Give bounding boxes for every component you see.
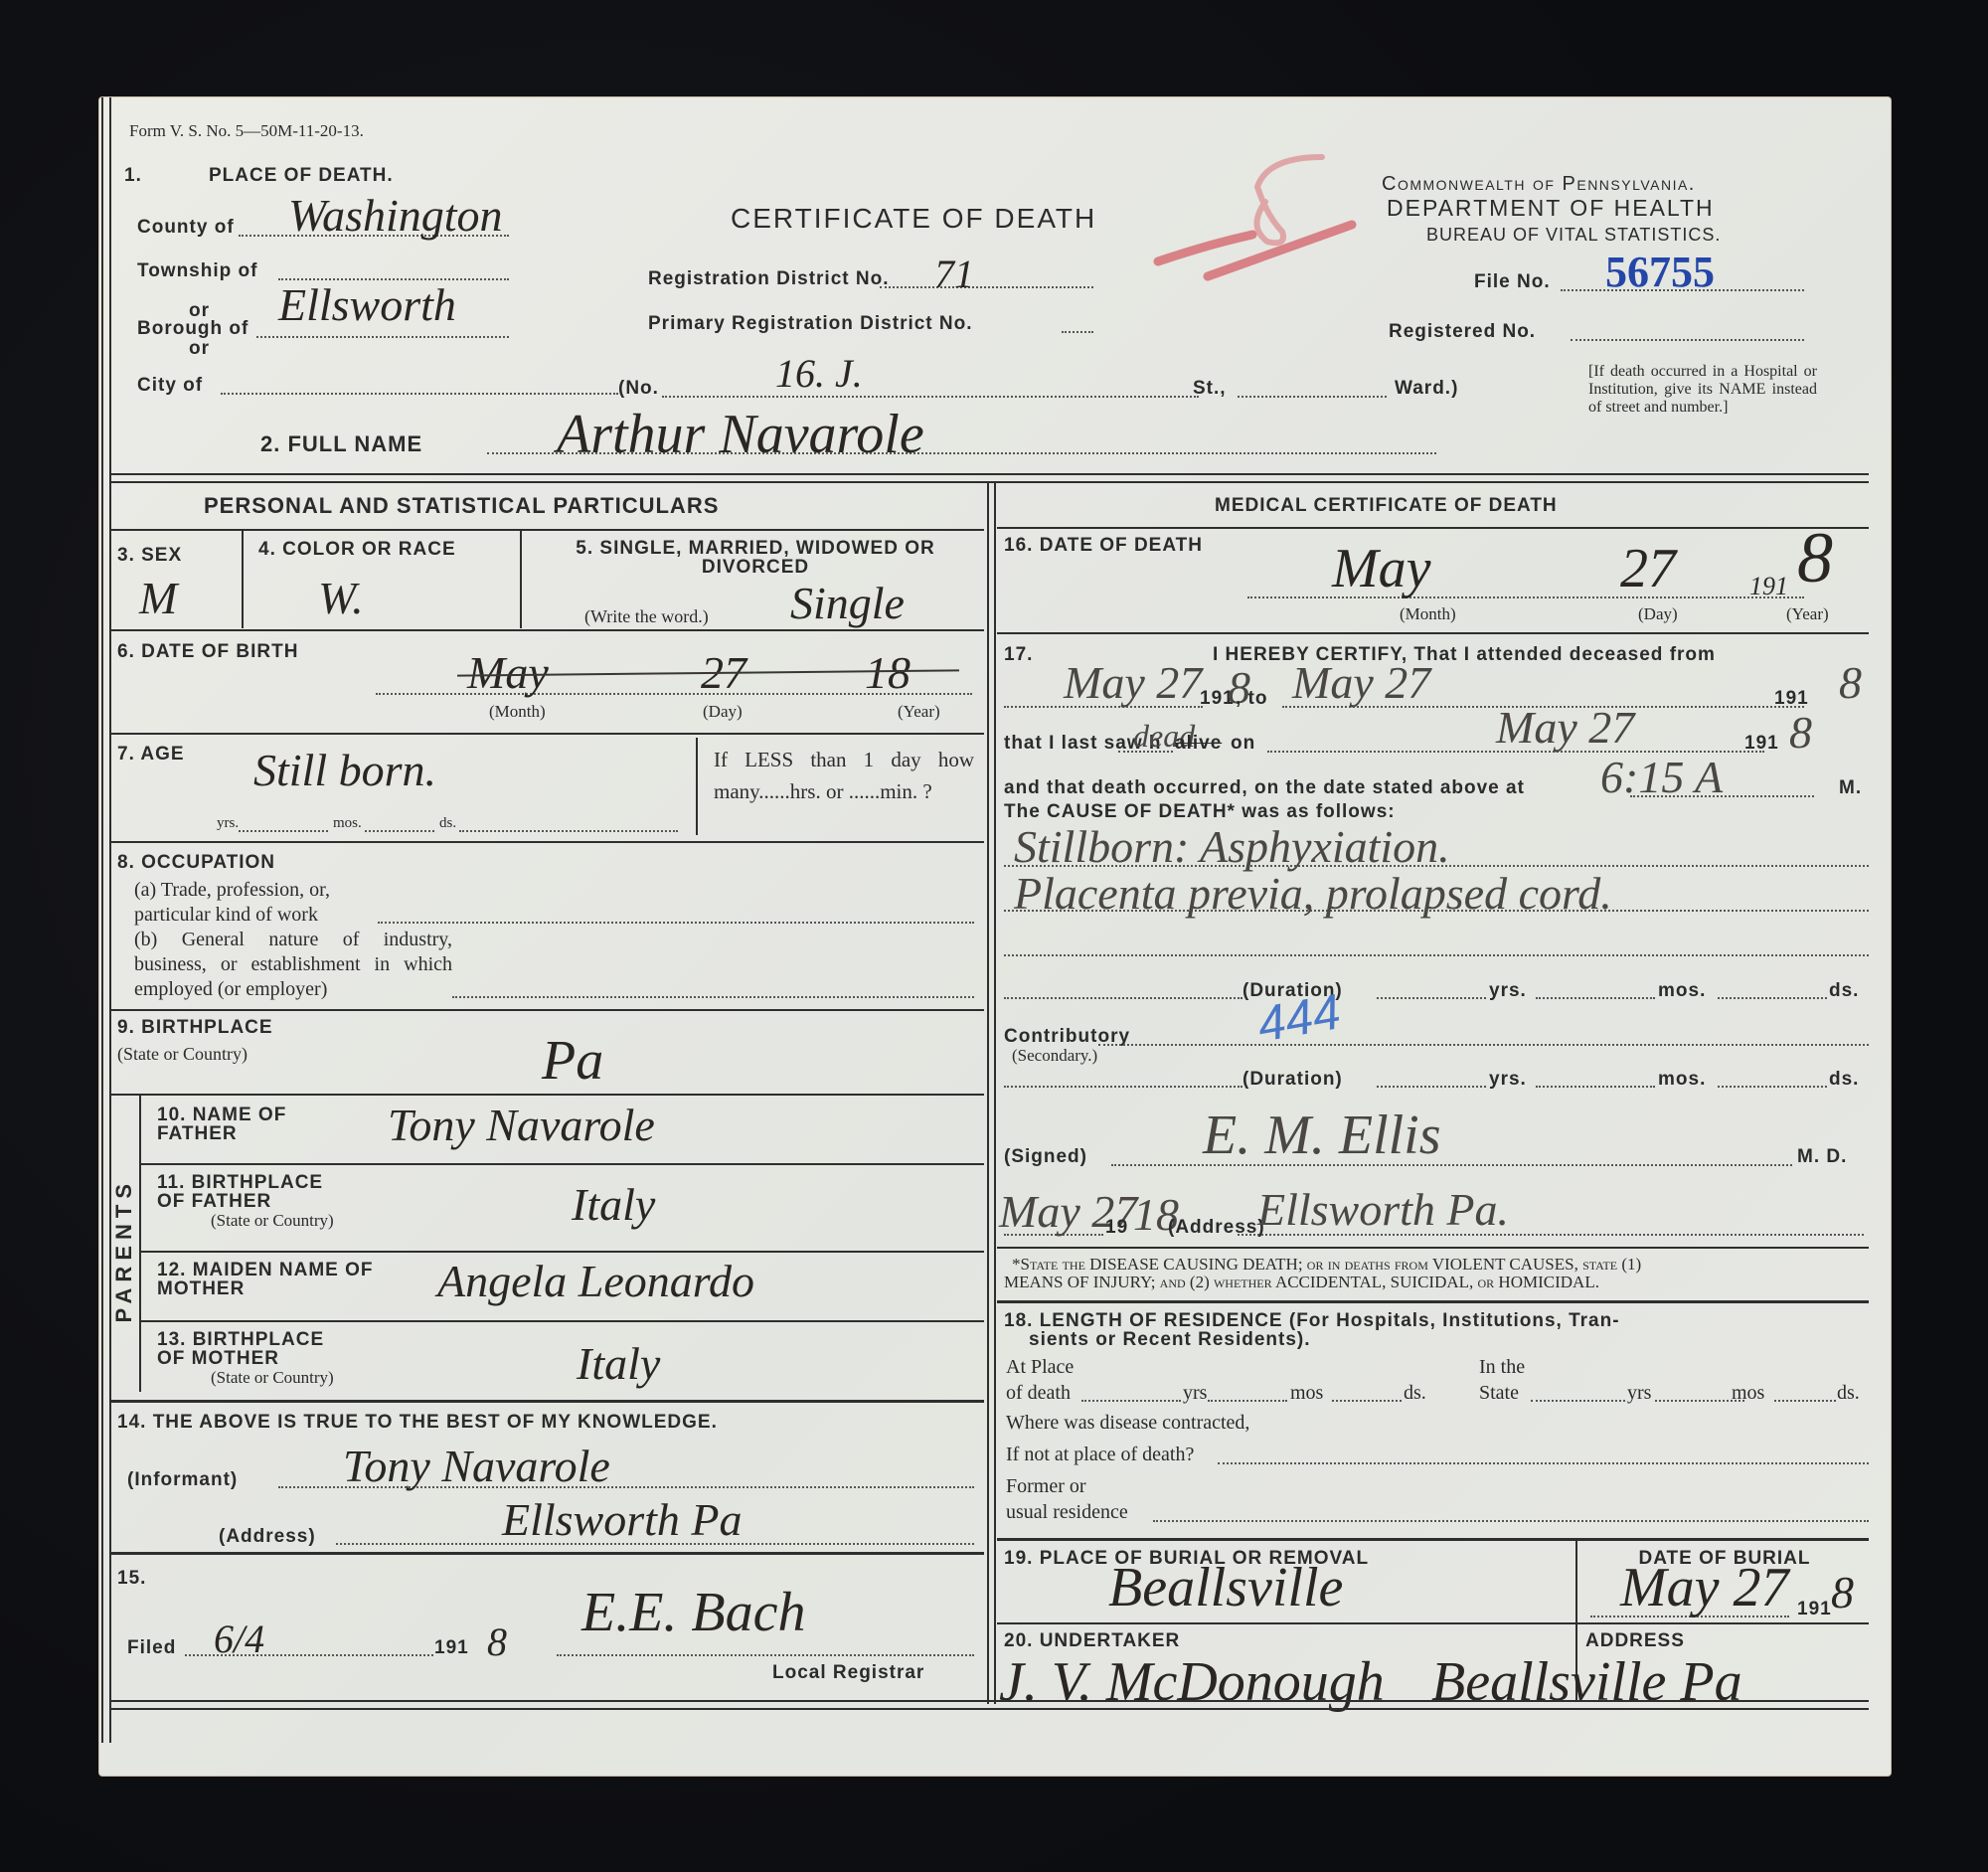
last-saw-year-prefix: 191 xyxy=(1744,733,1779,755)
state-yrs-line xyxy=(1531,1400,1625,1402)
cause-value-2: Placenta previa, prolapsed cord. xyxy=(1014,867,1612,920)
dod-day-caption: (Day) xyxy=(1638,604,1678,624)
age-yrs-label: yrs. xyxy=(217,815,239,832)
rule-after-birthplace xyxy=(109,1094,984,1096)
rule-after-parents xyxy=(109,1400,984,1403)
rule-before-footnote xyxy=(997,1247,1869,1249)
registered-no-label: Registered No. xyxy=(1389,321,1536,343)
occupation-label: 8. OCCUPATION xyxy=(117,852,275,874)
duration-2-ds: ds. xyxy=(1829,1069,1859,1091)
section-1-number: 1. xyxy=(124,165,142,187)
state-mos: mos xyxy=(1732,1382,1764,1405)
parents-side-label: PARENTS xyxy=(111,1178,137,1323)
contracted-label-2: If not at place of death? xyxy=(1006,1444,1194,1466)
personal-heading: PERSONAL AND STATISTICAL PARTICULARS xyxy=(204,493,719,519)
rule-after-occupation xyxy=(109,1009,984,1011)
cause-line-3 xyxy=(1004,954,1869,956)
separator-top-2 xyxy=(109,481,1869,483)
mother-label: 12. MAIDEN NAME OF MOTHER xyxy=(157,1261,415,1298)
file-no-stamp: 56755 xyxy=(1605,247,1715,297)
signed-label: (Signed) xyxy=(1004,1146,1087,1168)
in-the-label: In the xyxy=(1479,1356,1525,1379)
rule-after-sex xyxy=(109,629,984,631)
section-15-number: 15. xyxy=(117,1568,146,1590)
ward-line xyxy=(1238,396,1387,398)
separator-top-1 xyxy=(109,473,1869,475)
dod-label: 16. DATE OF DEATH xyxy=(1004,535,1203,557)
former-label-2: usual residence xyxy=(1006,1501,1128,1524)
occupation-a-label: (a) Trade, profession, or, particular ki… xyxy=(134,878,383,928)
personal-heading-rule xyxy=(109,529,984,531)
street-no-label: (No. xyxy=(618,378,659,400)
rule-before-burial xyxy=(997,1538,1869,1541)
of-death-label: of death xyxy=(1006,1382,1071,1405)
contributory-line xyxy=(1098,1044,1869,1046)
frame-left-inner xyxy=(109,97,111,1743)
race-marital-divider xyxy=(520,529,522,628)
physician-signature: E. M. Ellis xyxy=(1203,1104,1441,1167)
undertaker-value: J. V. McDonough xyxy=(999,1650,1385,1714)
duration-2-mos: mos. xyxy=(1658,1069,1706,1091)
burial-year-suffix: 8 xyxy=(1831,1566,1854,1618)
age-yrs-line xyxy=(239,830,328,832)
or-label-2: or xyxy=(189,338,210,360)
age-ds-line xyxy=(459,830,678,832)
rule-after-age xyxy=(109,841,984,843)
parents-divider xyxy=(139,1094,141,1392)
borough-label: Borough of xyxy=(137,318,248,340)
registration-district-line xyxy=(880,286,1093,288)
registered-no-line xyxy=(1571,339,1804,341)
on-label: on xyxy=(1231,733,1255,755)
township-label: Township of xyxy=(137,260,257,282)
county-value: Washington xyxy=(288,189,503,242)
father-label: 10. NAME OF FATHER xyxy=(157,1106,356,1143)
occupation-a-line xyxy=(378,922,974,924)
filed-date-value: 6/4 xyxy=(214,1616,264,1662)
burial-year-prefix: 191 xyxy=(1797,1599,1832,1620)
at-place-label: At Place xyxy=(1006,1356,1074,1379)
sex-label: 3. SEX xyxy=(117,545,182,567)
secondary-label: (Secondary.) xyxy=(1012,1046,1097,1066)
physician-address: Ellsworth Pa. xyxy=(1257,1183,1509,1236)
bottom-rule-2 xyxy=(109,1708,1869,1710)
borough-line xyxy=(256,336,509,338)
duration-2-mos-line xyxy=(1536,1086,1655,1088)
dod-day: 27 xyxy=(1620,537,1676,600)
former-residence-line xyxy=(1153,1520,1869,1522)
footnote-line-2: MEANS OF INJURY; and (2) whether ACCIDEN… xyxy=(1004,1273,1599,1292)
rule-after-dod xyxy=(997,632,1869,634)
filed-year-suffix: 8 xyxy=(487,1618,507,1665)
city-label: City of xyxy=(137,375,203,397)
state-label: State xyxy=(1479,1382,1519,1405)
dob-month: May xyxy=(467,646,549,699)
race-value: W. xyxy=(318,572,364,624)
contracted-line xyxy=(1218,1462,1869,1464)
less-than-day-note: If LESS than 1 day how many......hrs. or… xyxy=(714,744,974,807)
bottom-rule-1 xyxy=(109,1700,1869,1702)
birthplace-hint: (State or Country) xyxy=(117,1044,248,1065)
time-suffix: M. xyxy=(1839,777,1862,799)
rule-after-dob xyxy=(109,733,984,735)
registration-district-value: 71 xyxy=(934,251,974,297)
marital-value: Single xyxy=(790,577,905,629)
dod-line xyxy=(1247,596,1804,598)
footnote-line-1: *State the DISEASE CAUSING DEATH; or in … xyxy=(1012,1255,1641,1275)
occurred-label: and that death occurred, on the date sta… xyxy=(1004,777,1525,799)
duration-2-lead xyxy=(1004,1086,1242,1088)
father-birthplace-value: Italy xyxy=(572,1178,655,1231)
authority-bureau: BUREAU OF VITAL STATISTICS. xyxy=(1426,225,1721,246)
place-ds: ds. xyxy=(1404,1382,1426,1405)
mother-birthplace-value: Italy xyxy=(577,1337,660,1390)
place-of-death-heading: PLACE OF DEATH. xyxy=(209,165,394,187)
informant-value: Tony Navarole xyxy=(343,1440,610,1492)
red-crayon-mark-icon xyxy=(1148,147,1357,286)
duration-1-yrs-line xyxy=(1377,997,1486,999)
state-ds-line xyxy=(1774,1400,1836,1402)
dob-day-caption: (Day) xyxy=(703,702,743,722)
attended-to-value: May 27 xyxy=(1292,656,1430,709)
informant-heading: 14. THE ABOVE IS TRUE TO THE BEST OF MY … xyxy=(117,1412,718,1434)
attended-to-year-suffix: 8 xyxy=(1839,656,1862,709)
mother-value: Angela Leonardo xyxy=(437,1255,754,1307)
time-value: 6:15 A xyxy=(1600,751,1723,803)
cause-value-1: Stillborn: Asphyxiation. xyxy=(1014,820,1450,873)
occupation-b-line xyxy=(452,996,974,998)
state-ds: ds. xyxy=(1837,1382,1860,1405)
duration-2-ds-line xyxy=(1718,1086,1827,1088)
street-line xyxy=(662,396,1199,398)
mother-birthplace-label: 13. BIRTHPLACE OF MOTHER xyxy=(157,1330,356,1368)
street-label: St., xyxy=(1193,378,1227,400)
place-mos-line xyxy=(1208,1400,1287,1402)
informant-label: (Informant) xyxy=(127,1469,238,1491)
burial-place-value: Beallsville xyxy=(1108,1556,1343,1619)
age-divider xyxy=(696,738,698,835)
dod-year-caption: (Year) xyxy=(1786,604,1829,624)
rule-after-mother xyxy=(139,1320,984,1322)
city-line xyxy=(221,393,618,395)
signed-year-prefix: 19 xyxy=(1105,1217,1128,1239)
age-ds-label: ds. xyxy=(439,815,456,832)
rule-after-father xyxy=(139,1163,984,1165)
rule-before-residence xyxy=(997,1300,1869,1303)
to-label: , to xyxy=(1236,688,1268,710)
occupation-b-label: (b) General nature of industry, business… xyxy=(134,928,452,1002)
state-yrs: yrs xyxy=(1627,1382,1651,1405)
registration-district-label: Registration District No. xyxy=(648,268,889,290)
dod-month: May xyxy=(1332,537,1431,600)
last-saw-struck: alive xyxy=(1175,733,1222,755)
certify-text: I HEREBY CERTIFY, That I attended deceas… xyxy=(1213,644,1716,666)
filed-label: Filed xyxy=(127,1637,176,1659)
medical-heading: MEDICAL CERTIFICATE OF DEATH xyxy=(1215,495,1558,517)
registrar-line xyxy=(557,1654,974,1656)
hospital-note: [If death occurred in a Hospital or Inst… xyxy=(1588,363,1817,417)
primary-registration-line xyxy=(1062,331,1093,333)
birthplace-label: 9. BIRTHPLACE xyxy=(117,1017,273,1039)
center-divider-2 xyxy=(994,481,996,1704)
last-saw-year-suffix: 8 xyxy=(1789,706,1812,759)
rule-after-informant xyxy=(109,1552,984,1555)
last-saw-date: May 27 xyxy=(1496,701,1634,754)
dob-label: 6. DATE OF BIRTH xyxy=(117,641,298,663)
undertaker-address-label: ADDRESS xyxy=(1585,1630,1685,1652)
ward-label: Ward.) xyxy=(1395,378,1458,400)
marital-label: 5. SINGLE, MARRIED, WIDOWED OR DIVORCED xyxy=(532,539,979,577)
duration-1-mos-line xyxy=(1536,997,1655,999)
place-mos: mos xyxy=(1290,1382,1323,1405)
primary-registration-label: Primary Registration District No. xyxy=(648,313,973,335)
duration-1-yrs: yrs. xyxy=(1489,980,1527,1002)
authority-commonwealth: Commonwealth of Pennsylvania. xyxy=(1382,173,1696,196)
marital-hint: (Write the word.) xyxy=(584,606,709,627)
full-name-label: 2. FULL NAME xyxy=(260,431,422,457)
former-label-1: Former or xyxy=(1006,1475,1086,1498)
authority-department: DEPARTMENT OF HEALTH xyxy=(1387,195,1715,222)
borough-value: Ellsworth xyxy=(278,278,456,331)
medical-heading-rule xyxy=(997,527,1869,529)
place-yrs: yrs xyxy=(1183,1382,1207,1405)
residence-heading-line2: sients or Recent Residents). xyxy=(1029,1329,1311,1351)
age-mos-line xyxy=(365,830,434,832)
burial-date-value: May 27 xyxy=(1620,1556,1789,1619)
dod-year-prefix: 191 xyxy=(1749,572,1788,601)
md-label: M. D. xyxy=(1797,1146,1847,1168)
dob-month-caption: (Month) xyxy=(489,702,546,722)
place-ds-line xyxy=(1332,1400,1402,1402)
center-divider-1 xyxy=(987,481,989,1704)
duration-2-label: (Duration) xyxy=(1242,1069,1343,1091)
race-label: 4. COLOR OR RACE xyxy=(258,539,456,561)
certificate-title: CERTIFICATE OF DEATH xyxy=(731,203,1096,235)
duration-2-yrs: yrs. xyxy=(1489,1069,1527,1091)
duration-1-ds-line xyxy=(1718,997,1827,999)
street-no-value: 16. J. xyxy=(775,350,863,397)
informant-address-label: (Address) xyxy=(219,1526,316,1548)
rule-after-father-birthplace xyxy=(139,1251,984,1253)
age-label: 7. AGE xyxy=(117,744,185,766)
mother-birthplace-hint: (State or Country) xyxy=(211,1368,334,1388)
full-name-value: Arthur Navarole xyxy=(557,403,924,466)
father-birthplace-label: 11. BIRTHPLACE OF FATHER xyxy=(157,1173,356,1211)
undertaker-address: Beallsville Pa xyxy=(1431,1650,1742,1714)
registrar-signature: E.E. Bach xyxy=(581,1581,805,1644)
age-mos-label: mos. xyxy=(333,815,362,832)
sex-value: M xyxy=(139,572,177,624)
father-value: Tony Navarole xyxy=(388,1099,655,1151)
duration-2-yrs-line xyxy=(1377,1086,1486,1088)
informant-address-value: Ellsworth Pa xyxy=(502,1493,743,1546)
duration-1-ds: ds. xyxy=(1829,980,1859,1002)
contracted-label-1: Where was disease contracted, xyxy=(1006,1412,1249,1435)
file-no-label: File No. xyxy=(1474,271,1551,293)
filed-year-prefix: 191 xyxy=(434,1637,469,1659)
attended-from-value: May 27 xyxy=(1064,656,1202,709)
sex-race-divider xyxy=(242,529,244,628)
certify-number: 17. xyxy=(1004,644,1033,666)
place-yrs-line xyxy=(1081,1400,1181,1402)
birthplace-value: Pa xyxy=(542,1029,603,1093)
frame-left-outer xyxy=(101,97,103,1743)
form-number: Form V. S. No. 5—50M-11-20-13. xyxy=(129,121,364,141)
undertaker-label: 20. UNDERTAKER xyxy=(1004,1630,1180,1652)
dod-month-caption: (Month) xyxy=(1400,604,1456,624)
duration-1-mos: mos. xyxy=(1658,980,1706,1002)
dob-year: 18 xyxy=(865,646,911,699)
age-value: Still born. xyxy=(253,744,436,796)
dob-year-caption: (Year) xyxy=(898,702,940,722)
rule-after-burial xyxy=(997,1622,1869,1624)
father-birthplace-hint: (State or Country) xyxy=(211,1211,334,1231)
registrar-label: Local Registrar xyxy=(772,1662,924,1684)
dod-year-suffix: 8 xyxy=(1797,517,1833,599)
duration-1-lead xyxy=(1004,997,1242,999)
county-label: County of xyxy=(137,217,235,239)
